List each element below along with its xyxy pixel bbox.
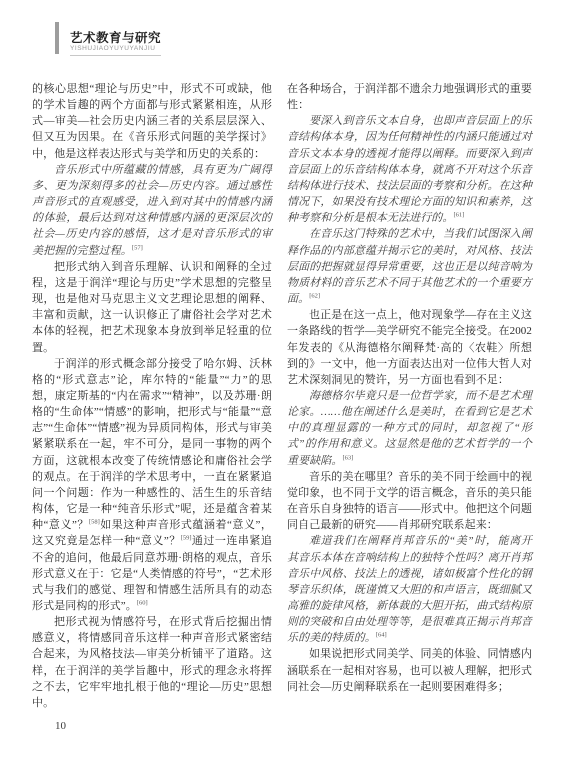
journal-section-pinyin: YISHUJIAOYUYUYANJIU	[70, 45, 161, 53]
body-paragraph: 把形式视为情感符号，在形式背后挖掘出情感意义，将情感同音乐这样一种声音形式紧密结…	[32, 614, 272, 711]
body-paragraph: 的核心思想“理论与历史”中，形式不可或缺，他的学术旨趣的两个方面都与形式紧紧相连…	[32, 81, 272, 162]
body-paragraph: 音乐的美在哪里？音乐的美不同于绘画中的视觉印象，也不同于文学的语言概念，音乐的美…	[287, 469, 532, 534]
journal-section-title: 艺术教育与研究	[70, 31, 161, 45]
footnote-reference: [62]	[309, 292, 320, 299]
header-accent-bar	[55, 22, 59, 54]
body-paragraph: 也正是在这一点上，他对现象学—存在主义这一条路线的哲学—美学研究不能完全接受。在…	[287, 307, 532, 388]
body-paragraph: 在各种场合，于润洋都不遗余力地强调形式的重要性：	[287, 81, 532, 113]
footnote-reference: [61]	[454, 212, 465, 219]
body-paragraph: 于润洋的形式概念部分接受了哈尔姆、沃林格的“形式意志”论，库尔特的“能量”“力”…	[32, 356, 272, 615]
footnote-reference: [59]	[181, 535, 192, 542]
block-quote-paragraph: 海德格尔毕竟只是一位哲学家，而不是艺术理论家。……他在阐述什么是美时，在看到它是…	[287, 388, 532, 469]
footnote-reference: [64]	[376, 632, 387, 639]
article-body: 的核心思想“理论与历史”中，形式不可或缺，他的学术旨趣的两个方面都与形式紧紧相连…	[32, 81, 532, 711]
body-paragraph: 把形式纳入到音乐理解、认识和阐释的全过程，这是于润洋“理论与历史”学术思想的完整…	[32, 259, 272, 356]
block-quote-paragraph: 音乐形式中所蕴藏的情感，具有更为广阔得多、更为深刻得多的社会—历史内容。通过感性…	[32, 162, 272, 259]
text-column-left: 的核心思想“理论与历史”中，形式不可或缺，他的学术旨趣的两个方面都与形式紧紧相连…	[32, 81, 272, 711]
header-text-block: 艺术教育与研究 YISHUJIAOYUYUYANJIU	[70, 22, 161, 56]
text-column-right: 在各种场合，于润洋都不遗余力地强调形式的重要性：要深入到音乐文本自身，也即声音层…	[287, 81, 532, 711]
journal-header: 艺术教育与研究 YISHUJIAOYUYUYANJIU	[55, 22, 161, 56]
block-quote-paragraph: 难道我们在阐释肖邦音乐的“美”时，能离开其音乐本体在音响结构上的独特个性吗？离开…	[287, 533, 532, 646]
page-number: 10	[55, 720, 66, 732]
footnote-reference: [57]	[132, 244, 143, 251]
block-quote-paragraph: 要深入到音乐文本自身，也即声音层面上的乐音结构体本身，因为任何精神性的内涵只能通…	[287, 113, 532, 226]
footnote-reference: [58]	[89, 519, 100, 526]
body-paragraph: 如果说把形式同美学、同美的体验、同情感内涵联系在一起相对容易，也可以被人理解，把…	[287, 646, 532, 694]
block-quote-paragraph: 在音乐这门特殊的艺术中，当我们试图深入阐释作品的内部意蕴并揭示它的美时，对风格、…	[287, 226, 532, 307]
footnote-reference: [60]	[137, 599, 148, 606]
footnote-reference: [63]	[343, 454, 354, 461]
